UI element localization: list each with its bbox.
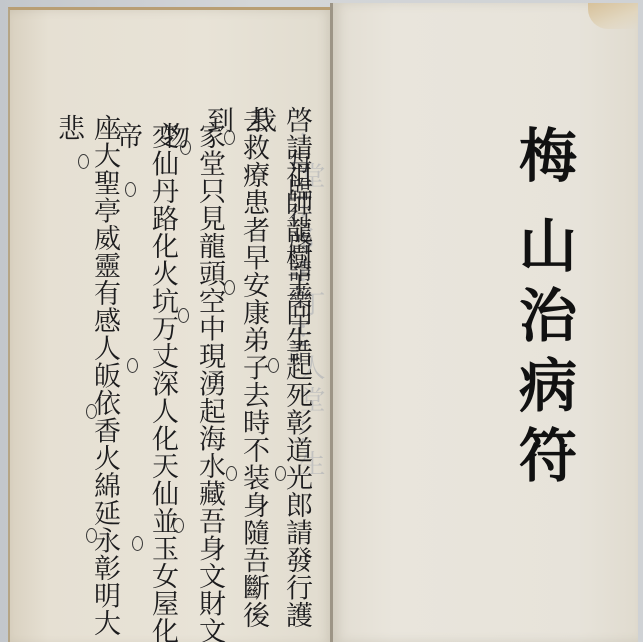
punctuation-circle-mark: [226, 466, 237, 481]
punctuation-circle-mark: [275, 466, 286, 481]
title-char: 符: [509, 425, 577, 495]
punctuation-circle-mark: [224, 130, 235, 145]
right-page: [333, 3, 638, 642]
punctuation-circle-mark: [173, 518, 184, 533]
punctuation-circle-mark: [127, 358, 138, 373]
punctuation-circle-mark: [132, 536, 143, 551]
open-manuscript: …堂…阝…丁…人堂…生 每臨行啓請藥王誥 啓請祖師龍樹王回生起死彰道光郎請發行護…: [8, 3, 638, 642]
punctuation-circle-mark: [86, 528, 97, 543]
punctuation-circle-mark: [178, 308, 189, 323]
left-page: …堂…阝…丁…人堂…生 每臨行啓請藥王誥 啓請祖師龍樹王回生起死彰道光郎請發行護…: [8, 7, 333, 642]
title-char: 山: [509, 215, 577, 285]
title-char: 梅: [509, 125, 577, 195]
manuscript-title: 梅山治病符: [508, 125, 578, 495]
punctuation-circle-mark: [268, 358, 279, 373]
punctuation-circle-mark: [78, 154, 89, 169]
punctuation-circle-mark: [86, 404, 97, 419]
punctuation-circle-mark: [180, 140, 191, 155]
punctuation-circle-mark: [224, 280, 235, 295]
title-char: 病: [509, 355, 577, 425]
title-char: 治: [509, 285, 577, 355]
punctuation-circle-mark: [125, 182, 136, 197]
text-column-6: 座大聖亭威靈有感人皈依香火綿延永彰明大悲: [50, 114, 122, 642]
